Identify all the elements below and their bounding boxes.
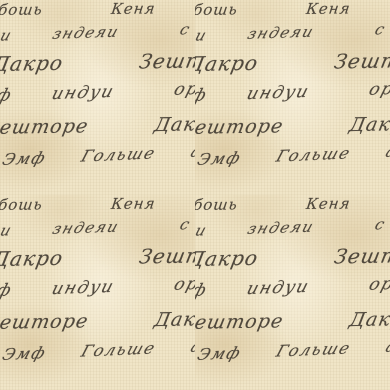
script-line: Дакро Зешторе Д bbox=[195, 241, 390, 271]
script-line: тбошь Кеня шить б bbox=[0, 0, 195, 19]
pattern-tile: тбошь Кеня шить б зи зндеяи с фе Дакро З… bbox=[0, 0, 195, 195]
script-line: Зешторе Дакро З bbox=[195, 112, 390, 139]
handwriting-pattern: тбошь Кеня шить б зи зндеяи с фе Дакро З… bbox=[0, 0, 390, 390]
script-line: Эмф Гольше арене bbox=[0, 139, 195, 169]
script-line: зи зндеяи с фе bbox=[0, 211, 195, 240]
script-line: зи зндеяи с фе bbox=[195, 16, 390, 45]
script-line: Зешторе Дакро З bbox=[0, 307, 195, 334]
script-line: зи зндеяи с фе bbox=[195, 211, 390, 240]
script-line: тбошь Кеня шить б bbox=[195, 195, 390, 214]
script-line: ф индуи оре Зее bbox=[0, 270, 195, 301]
script-line: Эмф Гольше арене bbox=[0, 334, 195, 364]
script-line: Зешторе Дакро З bbox=[195, 307, 390, 334]
script-line: тбошь Кеня шить б bbox=[195, 0, 390, 19]
script-line: Дакро Зешторе Д bbox=[0, 241, 195, 271]
script-line: ф индуи оре Зее bbox=[195, 270, 390, 301]
script-line: Зешторе Дакро З bbox=[0, 112, 195, 139]
script-line: Дакро Зешторе Д bbox=[195, 46, 390, 76]
script-line: тбошь Кеня шить б bbox=[0, 195, 195, 214]
script-line: ф индуи оре Зее bbox=[195, 75, 390, 106]
script-line: Эмф Гольше арене bbox=[195, 139, 390, 169]
script-line: Дакро Зешторе Д bbox=[0, 46, 195, 76]
pattern-tile: тбошь Кеня шить б зи зндеяи с фе Дакро З… bbox=[195, 195, 390, 390]
script-line: ф индуи оре Зее bbox=[0, 75, 195, 106]
pattern-tile: тбошь Кеня шить б зи зндеяи с фе Дакро З… bbox=[195, 0, 390, 195]
pattern-tile: тбошь Кеня шить б зи зндеяи с фе Дакро З… bbox=[0, 195, 195, 390]
script-line: зи зндеяи с фе bbox=[0, 16, 195, 45]
script-line: Эмф Гольше арене bbox=[195, 334, 390, 364]
